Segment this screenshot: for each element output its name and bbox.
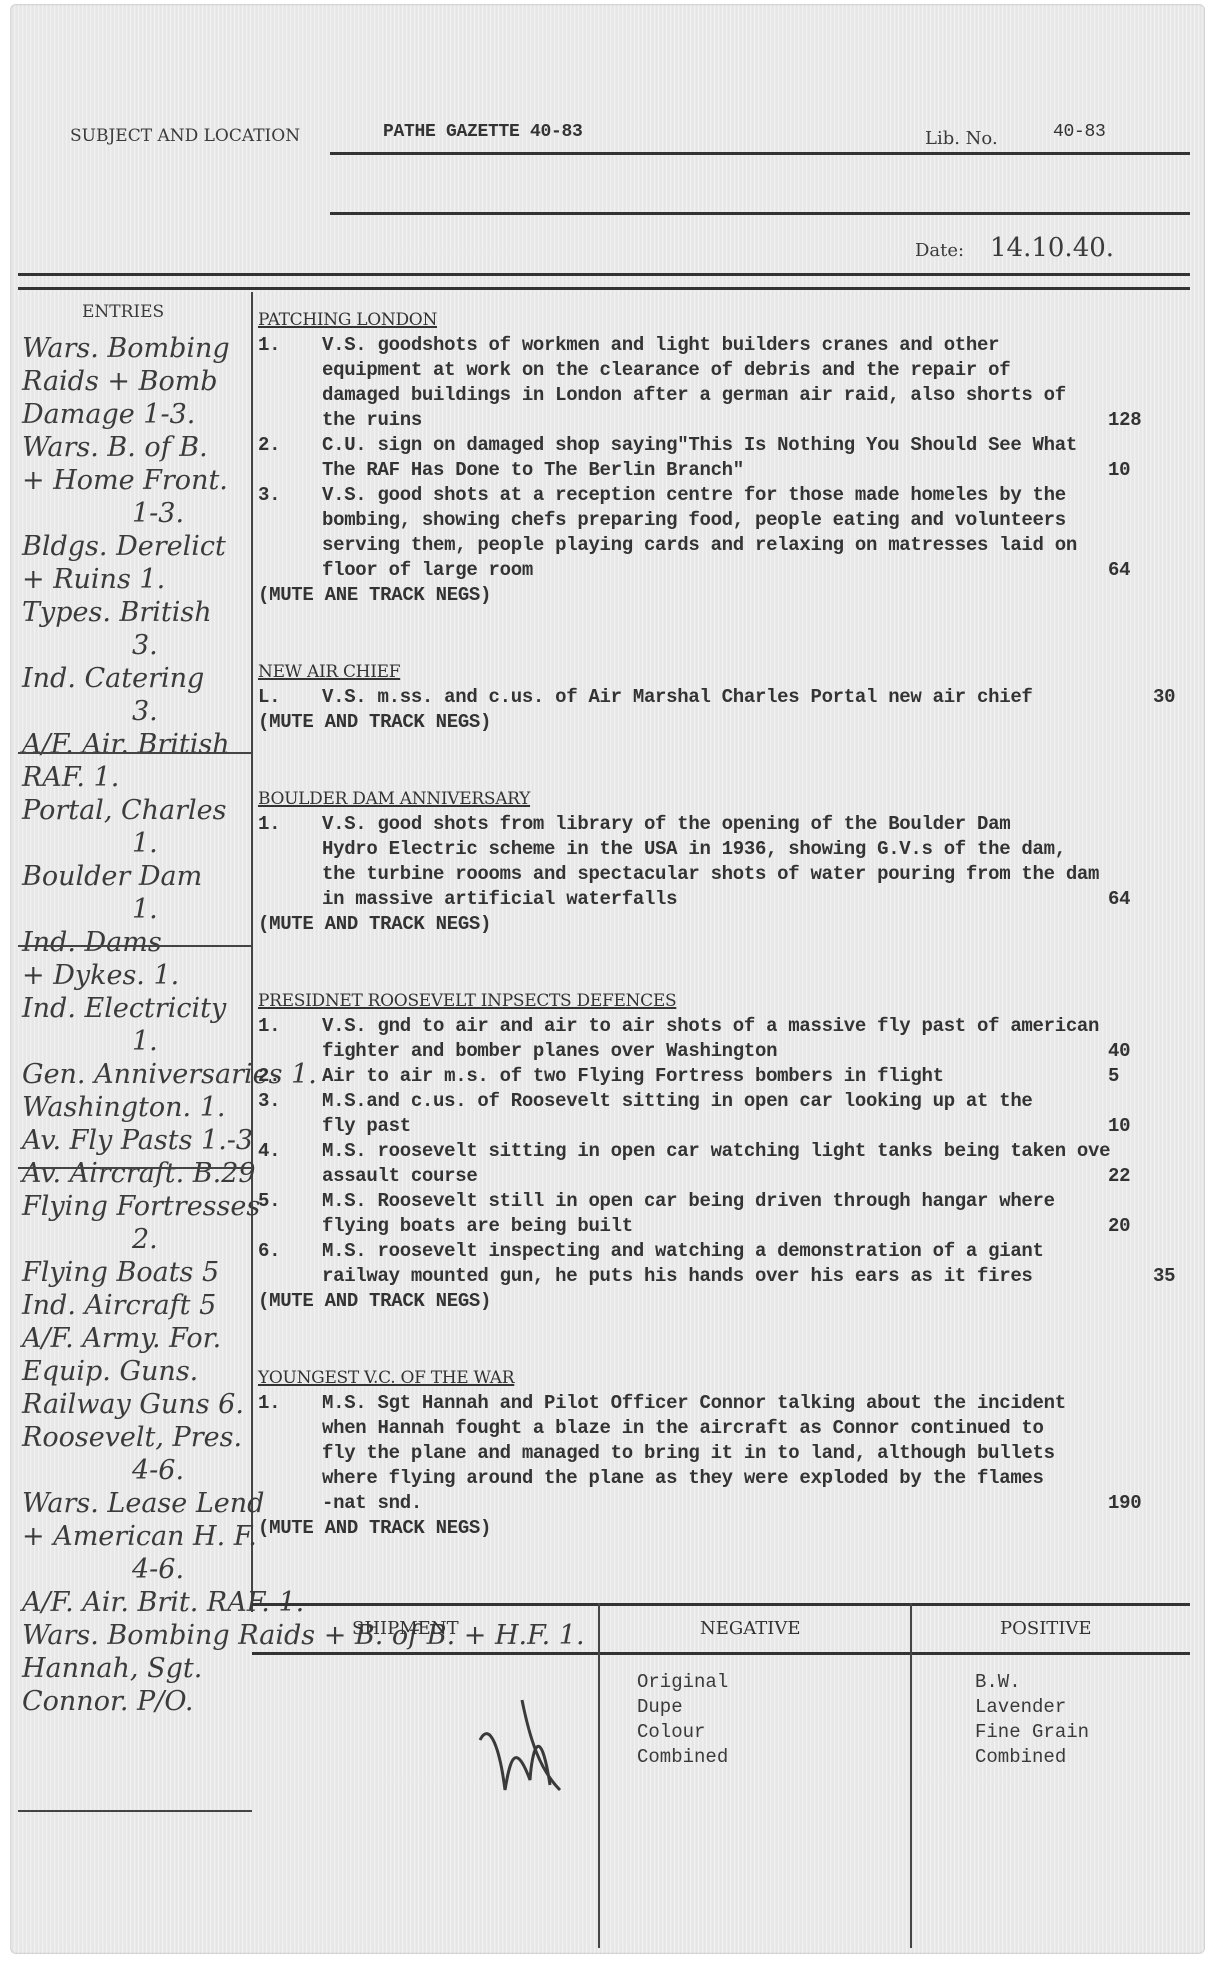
shot-line: damaged buildings in London after a germ… [258,383,1203,408]
shot-description: railway mounted gun, he puts his hands o… [322,1264,1033,1289]
shot-description: flying boats are being built [322,1214,633,1239]
shot-description: M.S. Roosevelt still in open car being d… [322,1189,1055,1214]
negative-option: Colour [637,1720,728,1745]
index-entry: + Ruins 1. [22,563,262,596]
positive-option: Lavender [975,1695,1089,1720]
shot-description: serving them, people playing cards and r… [322,533,1077,558]
shot-line: assault course22 [258,1164,1203,1189]
section-title: PRESIDNET ROOSEVELT INPSECTS DEFENCES [258,989,1203,1014]
index-entry: Raids + Bomb [22,365,262,398]
positive-option: Fine Grain [975,1720,1089,1745]
shot-description: fly past [322,1114,411,1139]
shot-description: C.U. sign on damaged shop saying"This Is… [322,433,1077,458]
shot-description: M.S. roosevelt sitting in open car watch… [322,1139,1110,1164]
shot-line: 1.V.S. good shots from library of the op… [258,812,1203,837]
shot-number: 1. [258,812,280,837]
shot-description: V.S. goodshots of workmen and light buil… [322,333,999,358]
shot-line: 5.M.S. Roosevelt still in open car being… [258,1189,1203,1214]
table-rule-header [252,1652,1190,1655]
positive-option: B.W. [975,1670,1089,1695]
footage-count: 128 [1108,408,1141,433]
index-entry: Ind. Aircraft 5 [22,1289,262,1322]
negs-note: (MUTE AND TRACK NEGS) [258,912,1203,937]
index-entry: Wars. Bombing Raids + B. of B. + H.F. 1. [22,1619,262,1652]
shot-line: fighter and bomber planes over Washingto… [258,1039,1203,1064]
shot-line: fly the plane and managed to bring it in… [258,1441,1203,1466]
index-entry: A/F. Air. Brit. RAF. 1. [22,1586,262,1619]
shot-description: fighter and bomber planes over Washingto… [322,1039,777,1064]
shot-description: where flying around the plane as they we… [322,1466,1044,1491]
shot-line: -nat snd.190 [258,1491,1203,1516]
shot-number: 1. [258,1014,280,1039]
shot-description: M.S. roosevelt inspecting and watching a… [322,1239,1044,1264]
subject-value: PATHE GAZETTE 40-83 [383,122,583,142]
index-entry: Portal, Charles [22,794,262,827]
index-entry: Wars. Lease Lend [22,1487,262,1520]
index-entry: A/F. Air. British [22,728,262,761]
footage-count: 190 [1108,1491,1141,1516]
subject-underline [330,152,1190,155]
negative-option: Combined [637,1745,728,1770]
shot-line: 4.M.S. roosevelt sitting in open car wat… [258,1139,1203,1164]
shot-number: 1. [258,333,280,358]
entries-divider-2 [18,945,252,947]
index-entry: Boulder Dam [22,860,262,893]
section-title: NEW AIR CHIEF [258,660,1203,685]
footage-count: 10 [1108,1114,1130,1139]
footage-count: 64 [1108,558,1130,583]
shot-description: fly the plane and managed to bring it in… [322,1441,1055,1466]
shot-number: L. [258,685,280,710]
index-entry: + Dykes. 1. [22,959,262,992]
shot-line: The RAF Has Done to The Berlin Branch"10 [258,458,1203,483]
shot-line: 1.V.S. gnd to air and air to air shots o… [258,1014,1203,1039]
index-entry: Washington. 1. [22,1091,262,1124]
shot-description: -nat snd. [322,1491,422,1516]
index-entry: 3. [22,629,262,662]
shot-number: 5. [258,1189,280,1214]
shot-line: 3.M.S.and c.us. of Roosevelt sitting in … [258,1089,1203,1114]
section-title: PATCHING LONDON [258,308,1203,333]
section: NEW AIR CHIEFL.V.S. m.ss. and c.us. of A… [258,660,1203,735]
shot-line: 1.V.S. goodshots of workmen and light bu… [258,333,1203,358]
shot-line: in massive artificial waterfalls64 [258,887,1203,912]
index-entry: 1. [22,1025,262,1058]
table-col-divider-1 [598,1603,600,1948]
positive-options: B.W.LavenderFine GrainCombined [975,1670,1089,1770]
index-entry: Gen. Anniversaries 1. [22,1058,262,1091]
shot-line: Hydro Electric scheme in the USA in 1936… [258,837,1203,862]
footage-count: 10 [1108,458,1130,483]
index-entry: RAF. 1. [22,761,262,794]
handwritten-entries: Wars. BombingRaids + BombDamage 1-3.Wars… [22,332,262,1718]
index-entry: Connor. P/O. [22,1685,262,1718]
shot-description: Air to air m.s. of two Flying Fortress b… [322,1064,944,1089]
negative-option: Dupe [637,1695,728,1720]
negative-options: OriginalDupeColourCombined [637,1670,728,1770]
shot-list: PATCHING LONDON1.V.S. goodshots of workm… [258,308,1203,1541]
shot-line: equipment at work on the clearance of de… [258,358,1203,383]
footage-count: 35 [1153,1264,1175,1289]
negative-option: Original [637,1670,728,1695]
lib-no-value: 40-83 [1053,122,1106,142]
index-entry: Av. Fly Pasts 1.-3 [22,1124,262,1157]
footage-count: 40 [1108,1039,1130,1064]
shot-description: bombing, showing chefs preparing food, p… [322,508,1066,533]
index-entry: Ind. Catering [22,662,262,695]
index-entry: Flying Fortresses [22,1190,262,1223]
entries-divider-1 [18,752,252,754]
index-entry: + Home Front. [22,464,262,497]
index-entry: 2. [22,1223,262,1256]
shot-description: the ruins [322,408,422,433]
index-entry: Wars. B. of B. [22,431,262,464]
index-entry: Railway Guns 6. [22,1388,262,1421]
date-label: Date: [915,240,964,261]
shot-number: 4. [258,1139,280,1164]
section-title: BOULDER DAM ANNIVERSARY [258,787,1203,812]
footage-count: 5 [1108,1064,1119,1089]
index-entry: Bldgs. Derelict [22,530,262,563]
negs-note: (MUTE ANE TRACK NEGS) [258,583,1203,608]
shot-description: in massive artificial waterfalls [322,887,677,912]
index-entry: 1. [22,827,262,860]
index-entry: Ind. Dams [22,926,262,959]
index-entry: Wars. Bombing [22,332,262,365]
shot-line: 2.C.U. sign on damaged shop saying"This … [258,433,1203,458]
shot-description: equipment at work on the clearance of de… [322,358,1010,383]
section-title: YOUNGEST V.C. OF THE WAR [258,1366,1203,1391]
index-entry: Damage 1-3. [22,398,262,431]
index-entry: Types. British [22,596,262,629]
index-entry: 1-3. [22,497,262,530]
index-entry: A/F. Army. For. [22,1322,262,1355]
shot-description: M.S.and c.us. of Roosevelt sitting in op… [322,1089,1033,1114]
shot-line: flying boats are being built20 [258,1214,1203,1239]
shot-line: floor of large room64 [258,558,1203,583]
date-value: 14.10.40. [990,232,1114,265]
table-header-shipment: SHIPMENT [352,1618,459,1639]
footage-count: 20 [1108,1214,1130,1239]
shot-line: serving them, people playing cards and r… [258,533,1203,558]
shot-line: 3.V.S. good shots at a reception centre … [258,483,1203,508]
shot-line: 6.M.S. roosevelt inspecting and watching… [258,1239,1203,1264]
index-entry: Ind. Electricity [22,992,262,1025]
table-header-positive: POSITIVE [1000,1618,1092,1639]
index-entry: 4-6. [22,1553,262,1586]
entries-divider-3 [18,1167,252,1169]
section: BOULDER DAM ANNIVERSARY1.V.S. good shots… [258,787,1203,937]
table-rule-top [252,1603,1190,1606]
shot-number: 6. [258,1239,280,1264]
shot-number: 3. [258,1089,280,1114]
shot-description: Hydro Electric scheme in the USA in 1936… [322,837,1066,862]
shot-description: M.S. Sgt Hannah and Pilot Officer Connor… [322,1391,1066,1416]
shot-line: when Hannah fought a blaze in the aircra… [258,1416,1203,1441]
shot-description: The RAF Has Done to The Berlin Branch" [322,458,744,483]
entries-heading: ENTRIES [82,302,164,322]
index-entry: Av. Aircraft. B.29 [22,1157,262,1190]
negs-note: (MUTE AND TRACK NEGS) [258,1289,1203,1314]
shot-number: 3. [258,483,280,508]
index-entry: Hannah, Sgt. [22,1652,262,1685]
shot-line: bombing, showing chefs preparing food, p… [258,508,1203,533]
shot-line: the turbine roooms and spectacular shots… [258,862,1203,887]
shot-description: V.S. m.ss. and c.us. of Air Marshal Char… [322,685,1033,710]
shot-description: damaged buildings in London after a germ… [322,383,1066,408]
shot-description: assault course [322,1164,477,1189]
index-entry: Equip. Guns. [22,1355,262,1388]
shot-number: 1. [258,1391,280,1416]
footage-count: 30 [1153,685,1175,710]
subject-underline-2 [330,212,1190,215]
shot-line: L.V.S. m.ss. and c.us. of Air Marshal Ch… [258,685,1203,710]
signature-initials [460,1680,570,1810]
shot-description: floor of large room [322,558,533,583]
shot-line: railway mounted gun, he puts his hands o… [258,1264,1203,1289]
index-entry: 1. [22,893,262,926]
index-entry: 3. [22,695,262,728]
shot-description: V.S. good shots at a reception centre fo… [322,483,1066,508]
header-rule-bottom [18,287,1190,290]
header-rule-top [18,273,1190,276]
index-entry: Flying Boats 5 [22,1256,262,1289]
shot-line: the ruins128 [258,408,1203,433]
footage-count: 22 [1108,1164,1130,1189]
shot-description: V.S. gnd to air and air to air shots of … [322,1014,1099,1039]
section: PATCHING LONDON1.V.S. goodshots of workm… [258,308,1203,608]
negs-note: (MUTE AND TRACK NEGS) [258,1516,1203,1541]
shot-line: where flying around the plane as they we… [258,1466,1203,1491]
section: PRESIDNET ROOSEVELT INPSECTS DEFENCES1.V… [258,989,1203,1314]
section: YOUNGEST V.C. OF THE WAR1.M.S. Sgt Hanna… [258,1366,1203,1541]
negs-note: (MUTE AND TRACK NEGS) [258,710,1203,735]
shot-line: 1.M.S. Sgt Hannah and Pilot Officer Conn… [258,1391,1203,1416]
table-col-divider-2 [910,1603,912,1948]
index-entry: Roosevelt, Pres. [22,1421,262,1454]
shot-number: 2. [258,433,280,458]
shot-description: V.S. good shots from library of the open… [322,812,1010,837]
index-entry: + American H. F. [22,1520,262,1553]
shot-description: when Hannah fought a blaze in the aircra… [322,1416,1044,1441]
shot-description: the turbine roooms and spectacular shots… [322,862,1099,887]
footage-count: 64 [1108,887,1130,912]
index-entry: 4-6. [22,1454,262,1487]
subject-label: SUBJECT AND LOCATION [70,126,300,146]
shot-line: 2.Air to air m.s. of two Flying Fortress… [258,1064,1203,1089]
table-header-negative: NEGATIVE [700,1618,801,1639]
lib-no-label: Lib. No. [925,128,998,149]
shot-line: fly past10 [258,1114,1203,1139]
entries-divider-4 [18,1810,252,1812]
positive-option: Combined [975,1745,1089,1770]
shot-number: 2. [258,1064,280,1089]
